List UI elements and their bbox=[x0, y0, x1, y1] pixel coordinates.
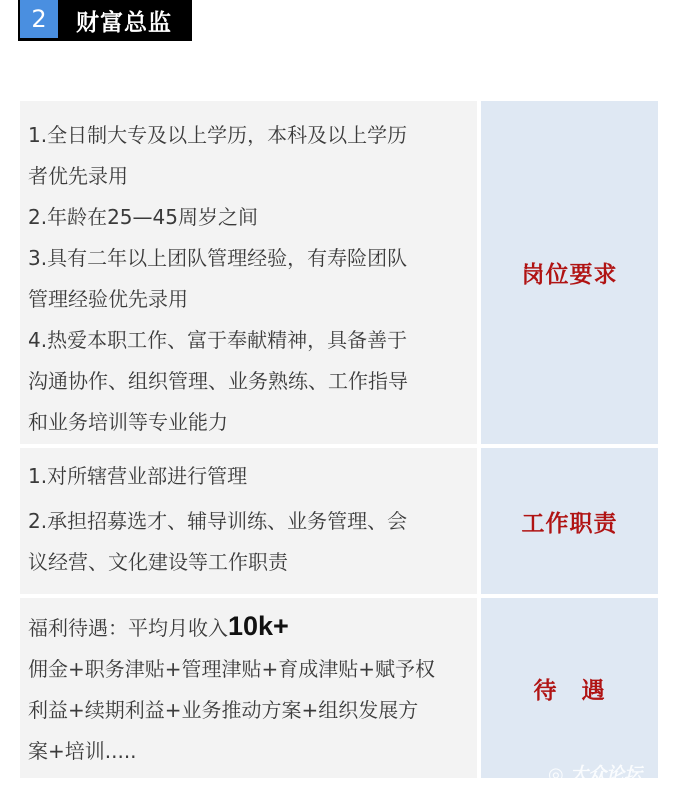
section-header: 2 财富总监 bbox=[18, 0, 192, 41]
text-line: 者优先录用 bbox=[28, 156, 469, 197]
text-line: 佣金+职务津贴+管理津贴+育成津贴+赋予权 bbox=[28, 649, 469, 690]
text-line: 案+培训..... bbox=[28, 731, 469, 772]
text-line: 利益+续期利益+业务推动方案+组织发展方 bbox=[28, 690, 469, 731]
text-line: 1.全日制大专及以上学历，本科及以上学历 bbox=[28, 115, 469, 156]
text-line: 和业务培训等专业能力 bbox=[28, 402, 469, 443]
text-line: 管理经验优先录用 bbox=[28, 279, 469, 320]
benefits-label: 待 遇 bbox=[481, 598, 658, 778]
text-line: 2.年龄在25—45周岁之间 bbox=[28, 197, 469, 238]
table-row-benefits: 福利待遇：平均月收入10k+ 佣金+职务津贴+管理津贴+育成津贴+赋予权 利益+… bbox=[20, 598, 658, 778]
text-line: 2.承担招募选才、辅导训练、业务管理、会 bbox=[28, 501, 469, 542]
text-line: 1.对所辖营业部进行管理 bbox=[28, 456, 469, 497]
job-info-table: 1.全日制大专及以上学历，本科及以上学历 者优先录用 2.年龄在25—45周岁之… bbox=[20, 101, 658, 782]
watermark-logo: ◎ 大众论坛 bbox=[548, 760, 642, 786]
benefits-content: 福利待遇：平均月收入10k+ 佣金+职务津贴+管理津贴+育成津贴+赋予权 利益+… bbox=[20, 598, 477, 778]
table-row-requirements: 1.全日制大专及以上学历，本科及以上学历 者优先录用 2.年龄在25—45周岁之… bbox=[20, 101, 658, 444]
text-line: 沟通协作、组织管理、业务熟练、工作指导 bbox=[28, 361, 469, 402]
text-line: 议经营、文化建设等工作职责 bbox=[28, 542, 469, 583]
income-line: 福利待遇：平均月收入10k+ bbox=[28, 606, 469, 649]
section-title: 财富总监 bbox=[58, 0, 172, 41]
text-line: 3.具有二年以上团队管理经验，有寿险团队 bbox=[28, 238, 469, 279]
section-number: 2 bbox=[20, 0, 58, 38]
requirements-label: 岗位要求 bbox=[481, 101, 658, 444]
income-prefix: 福利待遇：平均月收入 bbox=[28, 616, 228, 640]
text-line: 4.热爱本职工作、富于奉献精神，具备善于 bbox=[28, 320, 469, 361]
table-row-duties: 1.对所辖营业部进行管理 2.承担招募选才、辅导训练、业务管理、会 议经营、文化… bbox=[20, 448, 658, 594]
duties-label: 工作职责 bbox=[481, 448, 658, 594]
duties-content: 1.对所辖营业部进行管理 2.承担招募选才、辅导训练、业务管理、会 议经营、文化… bbox=[20, 448, 477, 594]
requirements-content: 1.全日制大专及以上学历，本科及以上学历 者优先录用 2.年龄在25—45周岁之… bbox=[20, 101, 477, 444]
income-value: 10k+ bbox=[228, 611, 289, 641]
